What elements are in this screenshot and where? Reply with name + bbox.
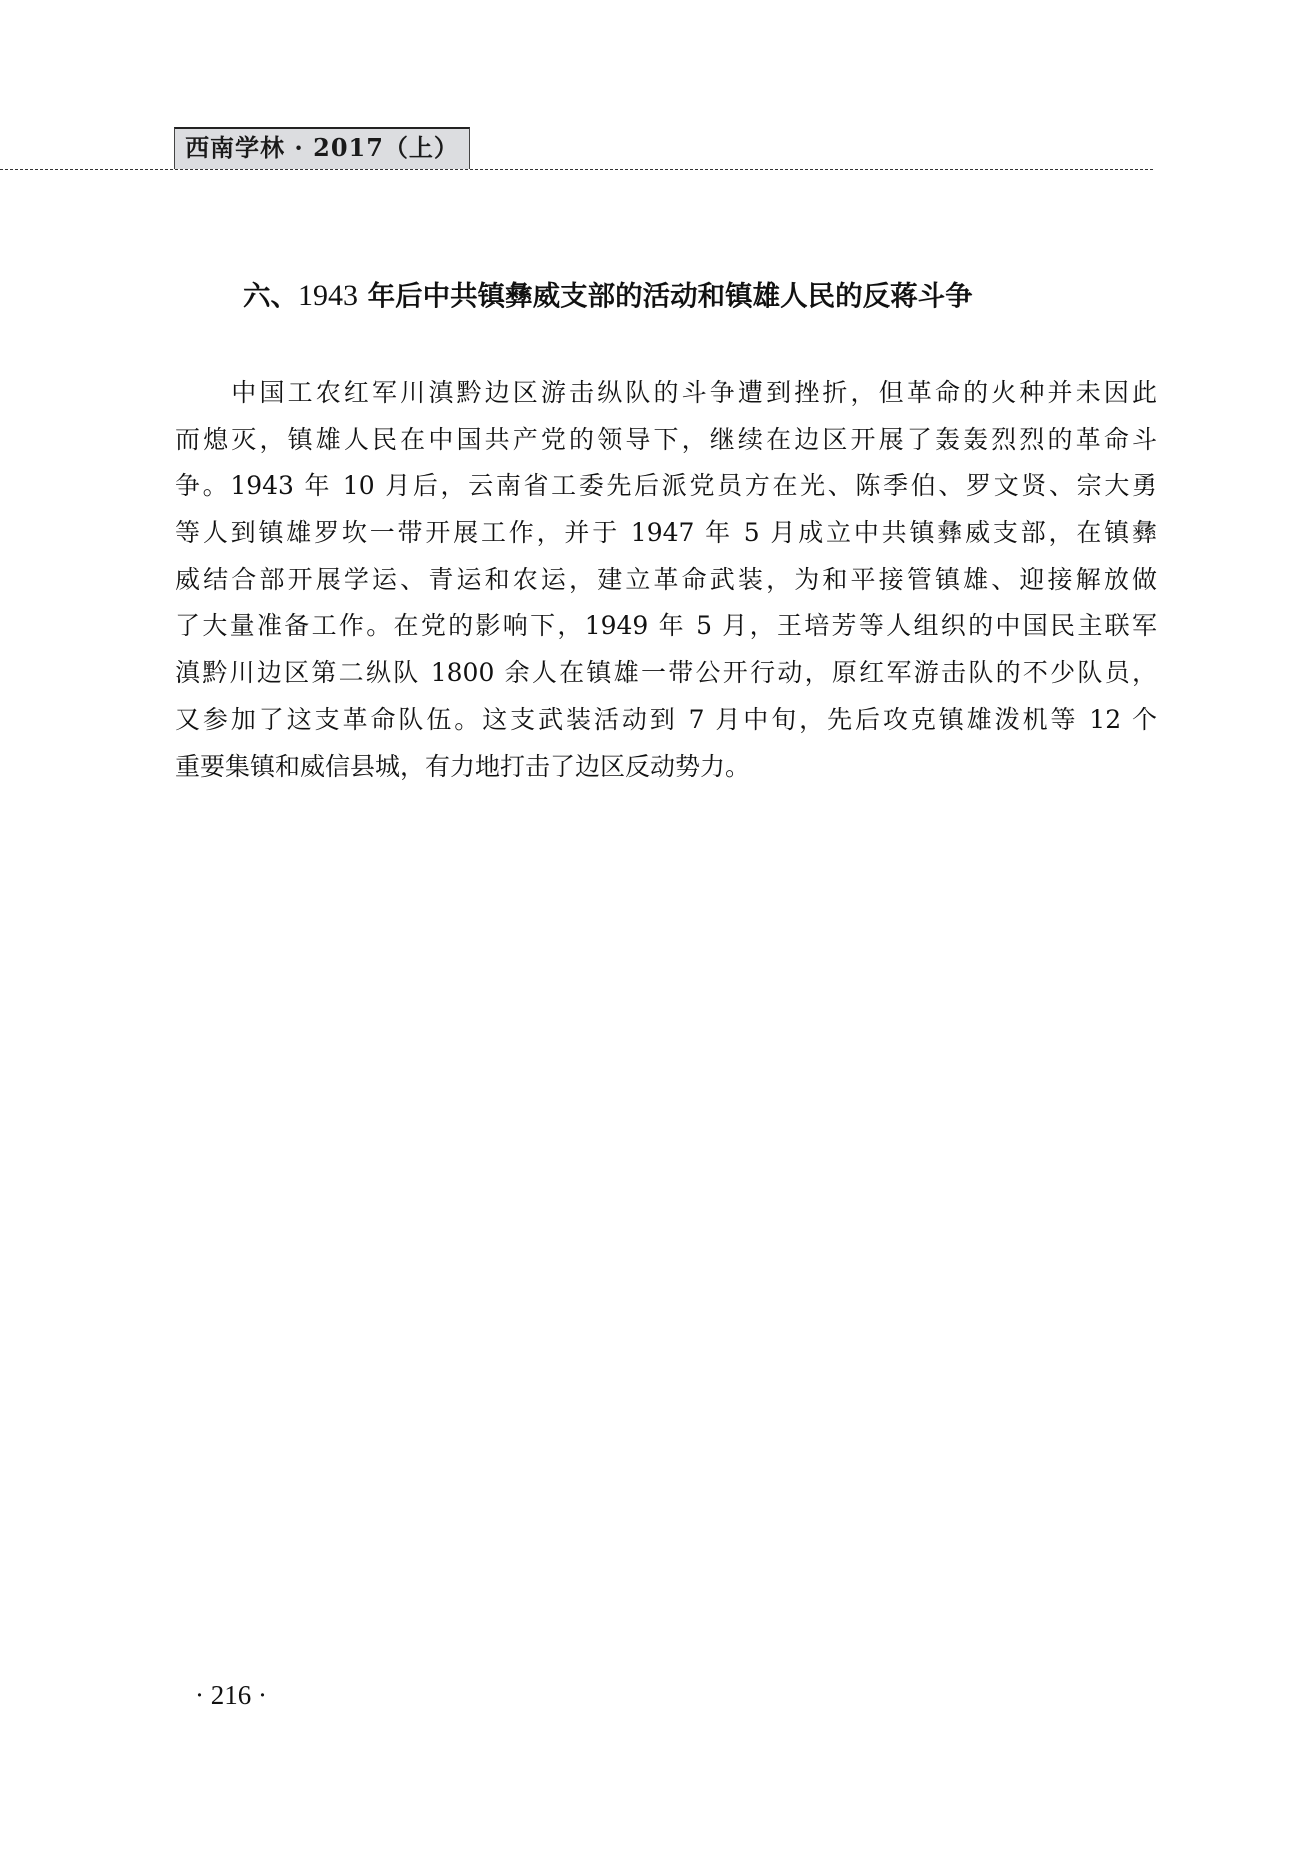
body-line: 又参加了这支革命队伍。这支武装活动到 7 月中旬，先后攻克镇雄泼机等 12 个 <box>175 697 1157 744</box>
body-paragraph: 中国工农红军川滇黔边区游击纵队的斗争遭到挫折，但革命的火种并未因此 而熄灭，镇雄… <box>175 370 1157 790</box>
section-title-rest: 年后中共镇彝威支部的活动和镇雄人民的反蒋斗争 <box>358 280 973 312</box>
body-line: 等人到镇雄罗坎一带开展工作，并于 1947 年 5 月成立中共镇彝威支部，在镇彝 <box>175 510 1157 557</box>
running-header-journal: 西南学林 · 2017（上） <box>174 127 470 169</box>
section-title: 六、1943 年后中共镇彝威支部的活动和镇雄人民的反蒋斗争 <box>243 276 1093 316</box>
header-dashed-rule <box>0 169 1153 170</box>
body-line: 重要集镇和威信县城，有力地打击了边区反动势力。 <box>175 744 1157 791</box>
body-line: 了大量准备工作。在党的影响下，1949 年 5 月，王培芳等人组织的中国民主联军 <box>175 603 1157 650</box>
body-line: 滇黔川边区第二纵队 1800 余人在镇雄一带公开行动，原红军游击队的不少队员， <box>175 650 1157 697</box>
body-line: 中国工农红军川滇黔边区游击纵队的斗争遭到挫折，但革命的火种并未因此 <box>175 370 1157 417</box>
body-line: 争。1943 年 10 月后，云南省工委先后派党员方在光、陈季伯、罗文贤、宗大勇 <box>175 463 1157 510</box>
journal-title: 西南学林 · 2017（上） <box>185 133 459 162</box>
body-line: 而熄灭，镇雄人民在中国共产党的领导下，继续在边区开展了轰轰烈烈的革命斗 <box>175 417 1157 464</box>
page-number: · 216 · <box>195 1680 267 1711</box>
body-line: 威结合部开展学运、青运和农运，建立革命武装，为和平接管镇雄、迎接解放做 <box>175 557 1157 604</box>
section-title-prefix: 六、 <box>243 280 298 312</box>
section-title-year: 1943 <box>298 279 358 312</box>
